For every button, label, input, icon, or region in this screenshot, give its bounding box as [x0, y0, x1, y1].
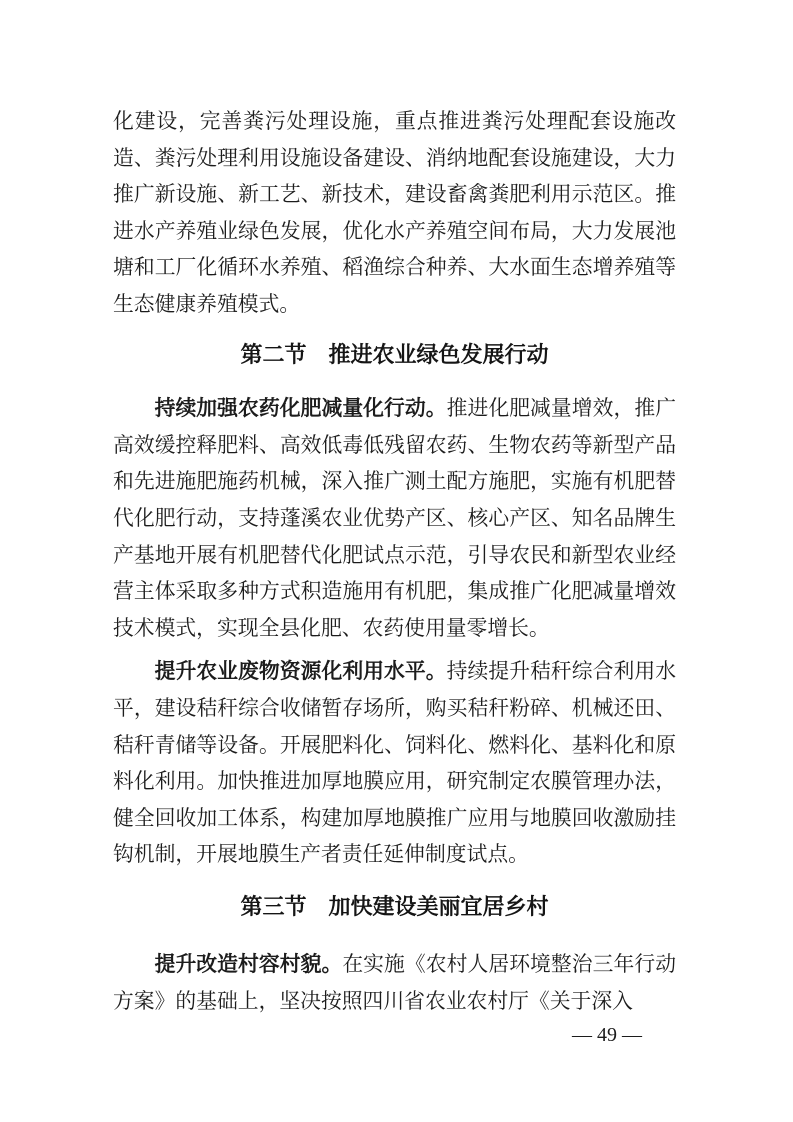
- section-heading-3: 第三节 加快建设美丽宜居乡村: [113, 889, 676, 926]
- section-heading-2: 第二节 推进农业绿色发展行动: [113, 337, 676, 374]
- page-number: — 49 —: [572, 1024, 642, 1046]
- paragraph-continuation: 化建设，完善粪污处理设施，重点推进粪污处理配套设施改造、粪污处理利用设施设备建设…: [113, 104, 676, 324]
- paragraph-pesticide-fertilizer-reduction: 持续加强农药化肥减量化行动。推进化肥减量增效，推广高效缓控释肥料、高效低毒低残留…: [113, 391, 676, 647]
- document-page: 化建设，完善粪污处理设施，重点推进粪污处理配套设施改造、粪污处理利用设施设备建设…: [0, 0, 793, 1122]
- paragraph-text: 推进化肥减量增效，推广高效缓控释肥料、高效低毒低残留农药、生物农药等新型产品和先…: [113, 397, 676, 640]
- paragraph-agricultural-waste-recycling: 提升农业废物资源化利用水平。持续提升秸秆综合利用水平，建设秸秆综合收储暂存场所，…: [113, 654, 676, 874]
- paragraph-lead: 提升改造村容村貌。: [155, 953, 343, 976]
- paragraph-lead: 提升农业废物资源化利用水平。: [155, 660, 447, 683]
- paragraph-lead: 持续加强农药化肥减量化行动。: [155, 397, 447, 420]
- paragraph-text: 持续提升秸秆综合利用水平，建设秸秆综合收储暂存场所，购买秸秆粉碎、机械还田、秸秆…: [113, 660, 676, 866]
- page-footer: — 49 —: [572, 1022, 642, 1048]
- paragraph-village-appearance: 提升改造村容村貌。在实施《农村人居环境整治三年行动方案》的基础上，坚决按照四川省…: [113, 947, 676, 1020]
